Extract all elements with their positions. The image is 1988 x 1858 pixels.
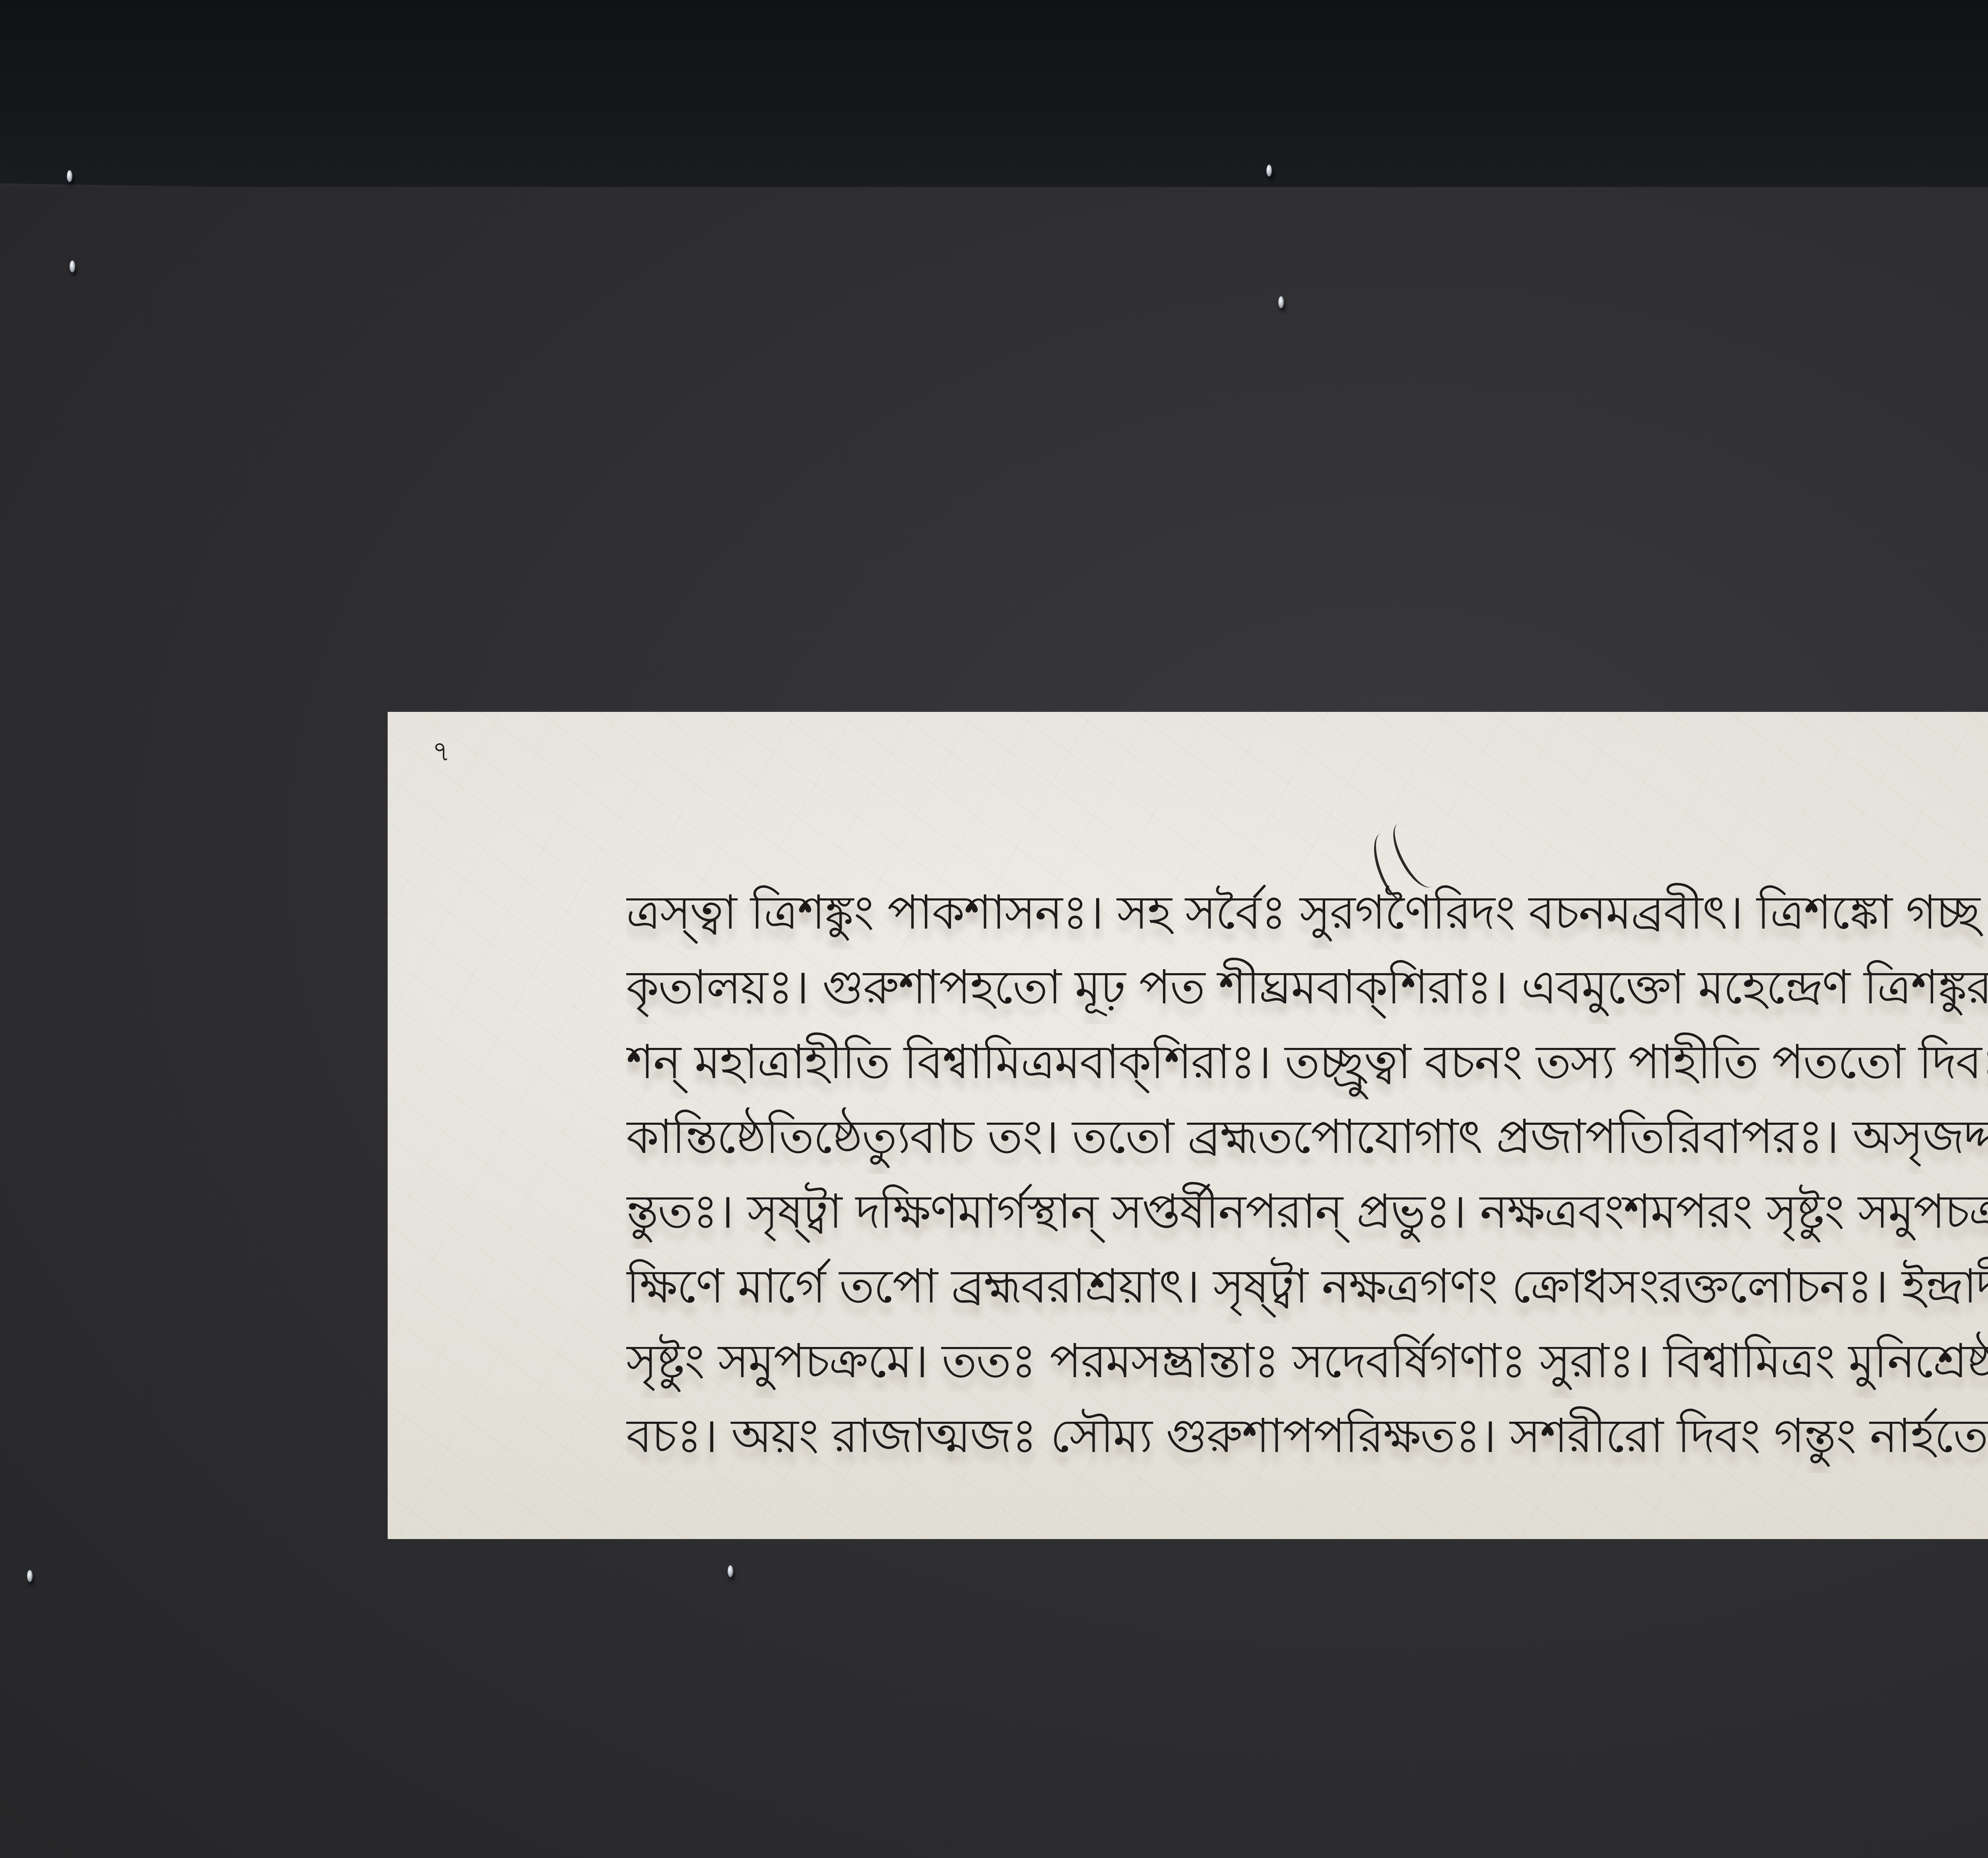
- corner-mark: ৭: [432, 730, 450, 776]
- manuscript-line-1: ত্রস্ত্বা ত্রিশঙ্কুং পাকশাসনঃ। সহ সর্বৈঃ…: [626, 875, 1988, 950]
- background-top-band: [0, 0, 1988, 208]
- pin: [67, 170, 72, 182]
- manuscript-line-5: ন্তুতঃ। সৃষ্ট্বা দক্ষিণমার্গস্থান্‌ সপ্ত…: [626, 1174, 1988, 1249]
- manuscript-line-8: বচঃ। অয়ং রাজাত্মজঃ সৌম্য গুরুশাপপরিক্ষত…: [626, 1398, 1988, 1473]
- pin: [1266, 165, 1272, 177]
- pin: [70, 260, 75, 272]
- manuscript-line-6: ক্ষিণে মার্গে তপো ব্রহ্মবরাশ্রয়াৎ। সৃষ্…: [626, 1249, 1988, 1324]
- pin: [27, 1570, 33, 1582]
- manuscript-line-4: কান্তিষ্ঠেতিষ্ঠেত্যুবাচ তং। ততো ব্রহ্মতপ…: [626, 1099, 1988, 1174]
- manuscript-line-2: কৃতালয়ঃ। গুরুশাপহতো মূঢ় পত শীঘ্রমবাক্‌…: [626, 950, 1988, 1024]
- manuscript-text: ত্রস্ত্বা ত্রিশঙ্কুং পাকশাসনঃ। সহ সর্বৈঃ…: [626, 875, 1988, 1473]
- pin: [728, 1565, 733, 1577]
- manuscript-leaf: ৭ ত্রস্ত্বা ত্রিশঙ্কুং পাকশাসনঃ। সহ সর্ব…: [388, 712, 1988, 1539]
- manuscript-line-7: সৃষ্টুং সমুপচক্রমে। ততঃ পরমসম্ভ্রান্তাঃ …: [626, 1324, 1988, 1398]
- manuscript-line-3: শন্‌ মহাত্রাহীতি বিশ্বামিত্রমবাক্‌শিরাঃ।…: [626, 1024, 1988, 1099]
- pin: [1278, 296, 1284, 308]
